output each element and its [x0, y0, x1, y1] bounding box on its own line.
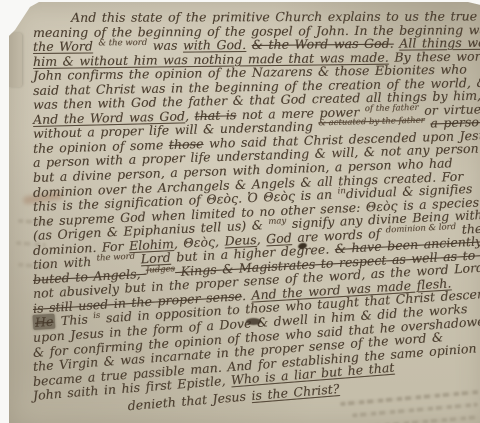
ink-blot — [246, 318, 261, 325]
text-segment: & the word — [98, 38, 147, 48]
paper-fold-tab — [9, 33, 22, 87]
manuscript-photo: And this state of the primitive Church e… — [0, 0, 480, 423]
text-segment: in — [337, 186, 346, 196]
text-segment: was — [147, 38, 183, 53]
text-segment: & actuated by the father — [318, 116, 425, 129]
text-segment: with God. — [183, 37, 246, 53]
text-segment: is — [93, 311, 101, 321]
text-segment: of the father — [365, 103, 419, 114]
manuscript-text: And this state of the primitive Church e… — [33, 11, 480, 421]
text-segment: may — [268, 216, 286, 227]
text-segment: the Word — [33, 39, 93, 55]
text-segment: the word — [96, 252, 135, 264]
manuscript-page: And this state of the primitive Church e… — [9, 2, 480, 423]
text-segment: Judges — [146, 264, 176, 276]
